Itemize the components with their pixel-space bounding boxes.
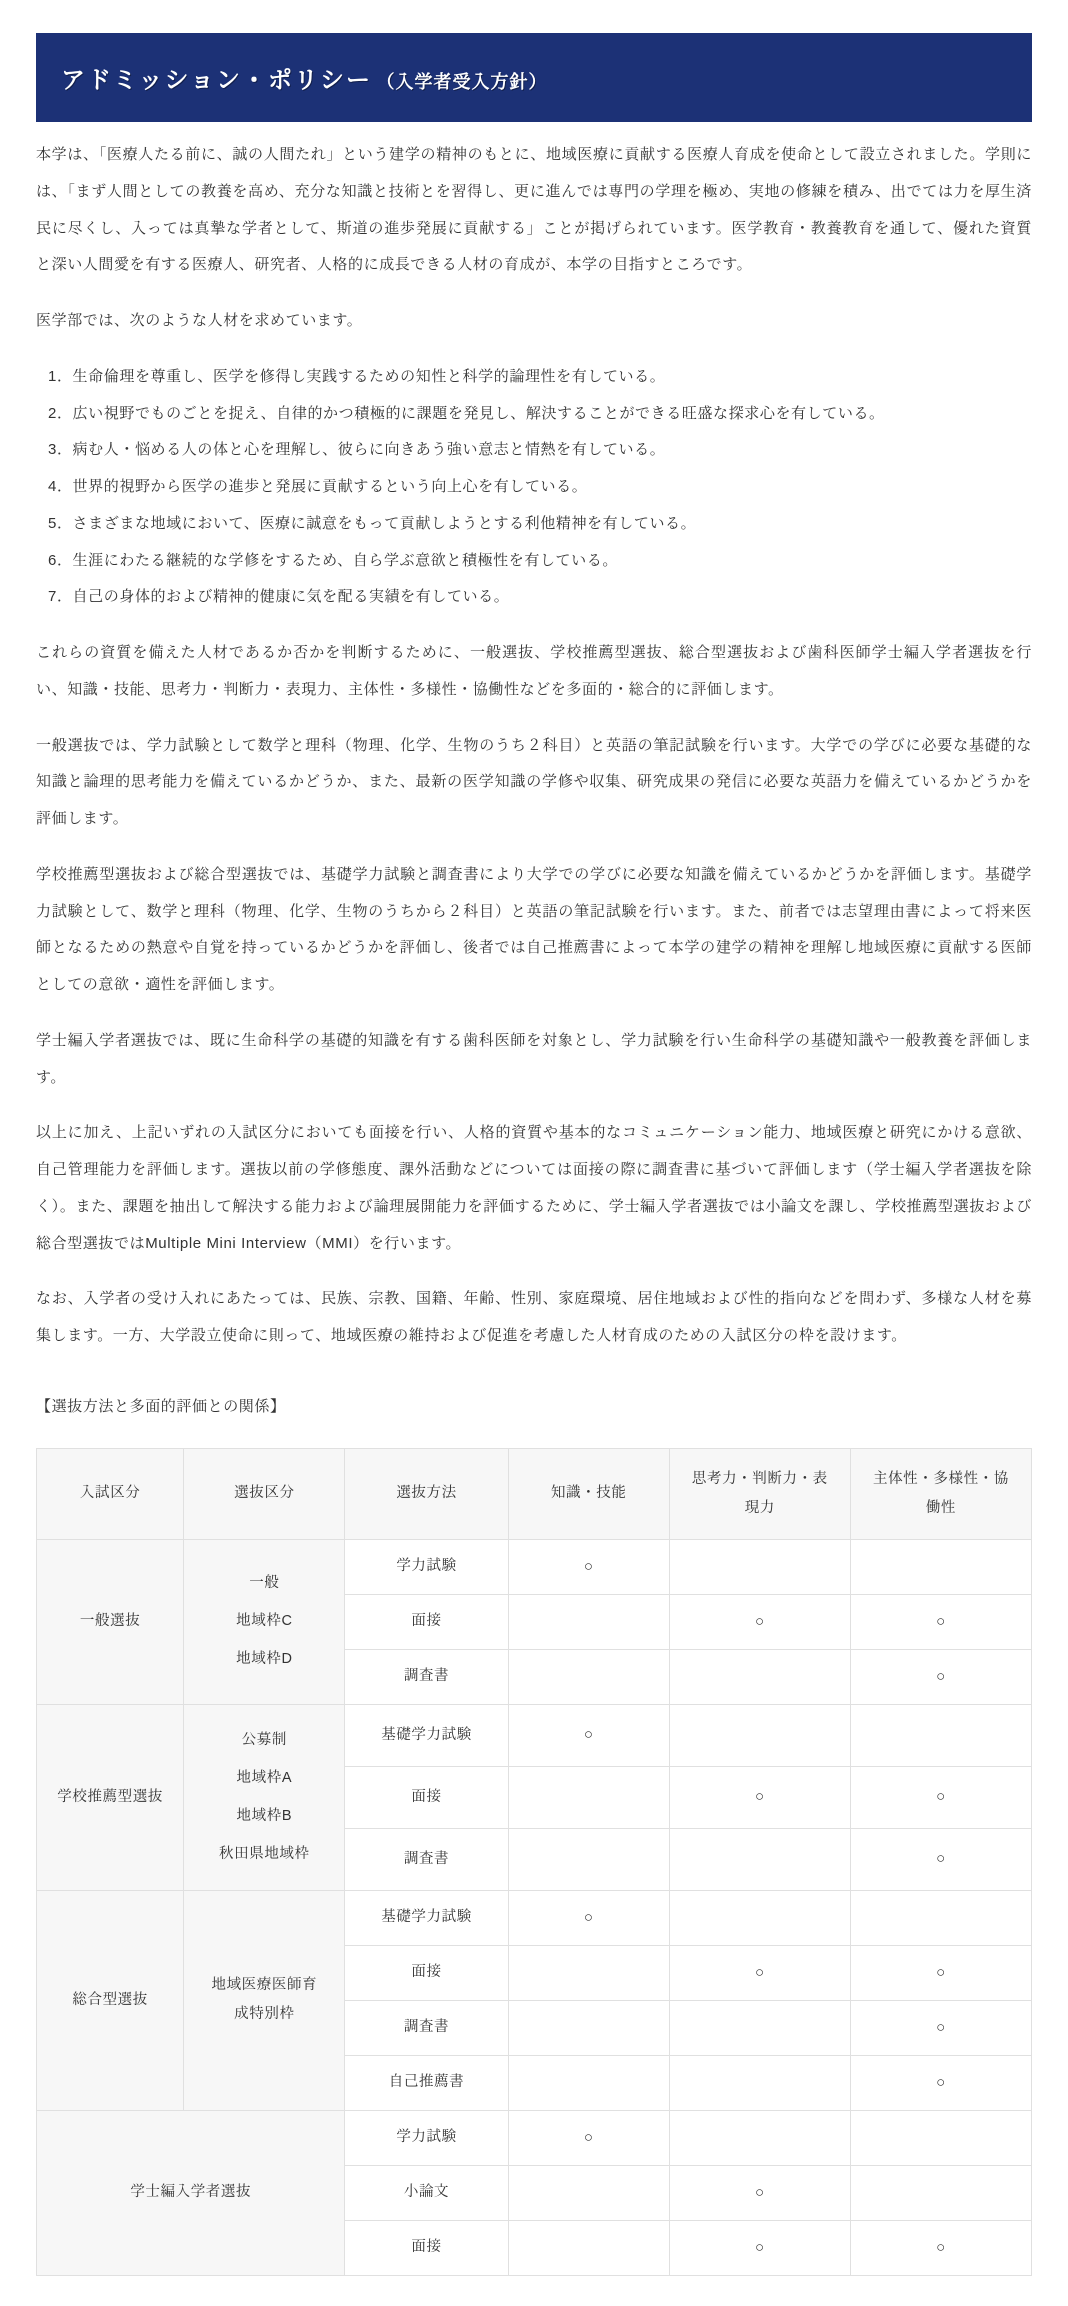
- list-item: 5．さまざまな地域において、医療に誠意をもって貢献しようとする利他精神を有してい…: [48, 506, 1032, 543]
- thinking-mark-cell: ○: [669, 1945, 850, 2000]
- policy-content: 本学は、「医療人たる前に、誠の人間たれ」という建学の精神のもとに、地域医療に貢献…: [36, 137, 1032, 2276]
- admission-policy-page: アドミッション・ポリシー （入学者受入方針） 本学は、「医療人たる前に、誠の人間…: [36, 0, 1032, 2306]
- paragraph-evaluation-overview: これらの資質を備えた人材であるか否かを判断するために、一般選抜、学校推薦型選抜、…: [36, 635, 1032, 709]
- paragraph-interview-evaluation: 以上に加え、上記いずれの入試区分においても面接を行い、人格的資質や基本的なコミュ…: [36, 1115, 1032, 1262]
- method-cell: 調査書: [345, 1649, 508, 1704]
- thinking-mark-cell: ○: [669, 1766, 850, 1828]
- knowledge-mark-cell: [508, 1828, 669, 1890]
- header-independence-diversity-cooperation: 主体性・多様性・協働性: [850, 1448, 1031, 1539]
- method-cell: 自己推薦書: [345, 2055, 508, 2110]
- selection-category-cell: 公募制 地域枠A 地域枠B 秋田県地域枠: [184, 1704, 345, 1890]
- division-line: 地域枠A: [204, 1764, 324, 1793]
- knowledge-mark-cell: [508, 2220, 669, 2275]
- header-exam-category: 入試区分: [37, 1448, 184, 1539]
- division-line: 公募制: [204, 1726, 324, 1755]
- exam-category-cell: 一般選抜: [37, 1539, 184, 1704]
- header-selection-category: 選抜区分: [184, 1448, 345, 1539]
- independence-mark-cell: [850, 1890, 1031, 1945]
- thinking-mark-cell: ○: [669, 2220, 850, 2275]
- header-thinking-judgment-expression: 思考力・判断力・表現力: [669, 1448, 850, 1539]
- independence-mark-cell: ○: [850, 1594, 1031, 1649]
- selection-category-cell: 一般 地域枠C 地域枠D: [184, 1539, 345, 1704]
- page-title-subtitle: （入学者受入方針）: [377, 72, 548, 92]
- method-cell: 面接: [345, 1594, 508, 1649]
- division-line: 一般: [204, 1569, 324, 1598]
- division-line: 地域枠D: [204, 1645, 324, 1674]
- thinking-mark-cell: ○: [669, 2165, 850, 2220]
- knowledge-mark-cell: ○: [508, 2110, 669, 2165]
- method-cell: 面接: [345, 2220, 508, 2275]
- division-line: 地域枠B: [204, 1802, 324, 1831]
- knowledge-mark-cell: ○: [508, 1890, 669, 1945]
- knowledge-mark-cell: [508, 1945, 669, 2000]
- method-cell: 小論文: [345, 2165, 508, 2220]
- division-line: 地域医療医師育成特別枠: [204, 1971, 324, 2029]
- thinking-mark-cell: [669, 2110, 850, 2165]
- list-item: 7．自己の身体的および精神的健康に気を配る実績を有している。: [48, 579, 1032, 616]
- paragraph-recommendation-selection: 学校推薦型選抜および総合型選抜では、基礎学力試験と調査書により大学での学びに必要…: [36, 857, 1032, 1004]
- list-item: 4．世界的視野から医学の進歩と発展に貢献するという向上心を有している。: [48, 469, 1032, 506]
- thinking-mark-cell: [669, 1890, 850, 1945]
- independence-mark-cell: ○: [850, 1766, 1031, 1828]
- method-cell: 基礎学力試験: [345, 1704, 508, 1766]
- table-row: 学士編入学者選抜 学力試験 ○: [37, 2110, 1032, 2165]
- division-line: 秋田県地域枠: [204, 1840, 324, 1869]
- knowledge-mark-cell: [508, 1766, 669, 1828]
- paragraph-diversity: なお、入学者の受け入れにあたっては、民族、宗教、国籍、年齢、性別、家庭環境、居住…: [36, 1281, 1032, 1355]
- list-item: 1．生命倫理を尊重し、医学を修得し実践するための知性と科学的論理性を有している。: [48, 359, 1032, 396]
- paragraph-transfer-selection: 学士編入学者選抜では、既に生命科学の基礎的知識を有する歯科医師を対象とし、学力試…: [36, 1023, 1032, 1097]
- exam-category-cell: 学校推薦型選抜: [37, 1704, 184, 1890]
- independence-mark-cell: ○: [850, 1828, 1031, 1890]
- table-row: 学校推薦型選抜 公募制 地域枠A 地域枠B 秋田県地域枠 基礎学力試験 ○: [37, 1704, 1032, 1766]
- thinking-mark-cell: [669, 2055, 850, 2110]
- independence-mark-cell: ○: [850, 2000, 1031, 2055]
- method-cell: 面接: [345, 1945, 508, 2000]
- table-row: 総合型選抜 地域医療医師育成特別枠 基礎学力試験 ○: [37, 1890, 1032, 1945]
- knowledge-mark-cell: [508, 2165, 669, 2220]
- table-row: 一般選抜 一般 地域枠C 地域枠D 学力試験 ○: [37, 1539, 1032, 1594]
- knowledge-mark-cell: [508, 2000, 669, 2055]
- method-cell: 調査書: [345, 1828, 508, 1890]
- thinking-mark-cell: [669, 1828, 850, 1890]
- header-selection-method: 選抜方法: [345, 1448, 508, 1539]
- thinking-mark-cell: [669, 1539, 850, 1594]
- selection-category-cell: 地域医療医師育成特別枠: [184, 1890, 345, 2110]
- thinking-mark-cell: [669, 2000, 850, 2055]
- method-cell: 学力試験: [345, 2110, 508, 2165]
- paragraph-founding-spirit: 本学は、「医療人たる前に、誠の人間たれ」という建学の精神のもとに、地域医療に貢献…: [36, 137, 1032, 284]
- independence-mark-cell: [850, 1704, 1031, 1766]
- header-knowledge-skill: 知識・技能: [508, 1448, 669, 1539]
- list-item: 3．病む人・悩める人の体と心を理解し、彼らに向きあう強い意志と情熱を有している。: [48, 432, 1032, 469]
- independence-mark-cell: [850, 2110, 1031, 2165]
- method-cell: 面接: [345, 1766, 508, 1828]
- knowledge-mark-cell: ○: [508, 1704, 669, 1766]
- method-cell: 調査書: [345, 2000, 508, 2055]
- independence-mark-cell: ○: [850, 1649, 1031, 1704]
- knowledge-mark-cell: ○: [508, 1539, 669, 1594]
- independence-mark-cell: [850, 2165, 1031, 2220]
- thinking-mark-cell: ○: [669, 1594, 850, 1649]
- paragraph-seeking-lead: 医学部では、次のような人材を求めています。: [36, 303, 1032, 340]
- knowledge-mark-cell: [508, 1649, 669, 1704]
- ideal-student-list: 1．生命倫理を尊重し、医学を修得し実践するための知性と科学的論理性を有している。…: [36, 359, 1032, 616]
- table-caption: 【選抜方法と多面的評価との関係】: [36, 1389, 1032, 1426]
- exam-category-cell: 学士編入学者選抜: [37, 2110, 345, 2275]
- list-item: 6．生涯にわたる継続的な学修をするため、自ら学ぶ意欲と積極性を有している。: [48, 543, 1032, 580]
- method-cell: 基礎学力試験: [345, 1890, 508, 1945]
- thinking-mark-cell: [669, 1649, 850, 1704]
- page-title-banner: アドミッション・ポリシー （入学者受入方針）: [36, 33, 1032, 122]
- thinking-mark-cell: [669, 1704, 850, 1766]
- exam-category-cell: 総合型選抜: [37, 1890, 184, 2110]
- list-item: 2．広い視野でものごとを捉え、自律的かつ積極的に課題を発見し、解決することができ…: [48, 396, 1032, 433]
- knowledge-mark-cell: [508, 2055, 669, 2110]
- paragraph-general-selection: 一般選抜では、学力試験として数学と理科（物理、化学、生物のうち２科目）と英語の筆…: [36, 728, 1032, 838]
- independence-mark-cell: ○: [850, 2220, 1031, 2275]
- method-cell: 学力試験: [345, 1539, 508, 1594]
- selection-evaluation-table: 入試区分 選抜区分 選抜方法 知識・技能 思考力・判断力・表現力 主体性・多様性…: [36, 1448, 1032, 2276]
- independence-mark-cell: ○: [850, 2055, 1031, 2110]
- division-line: 地域枠C: [204, 1607, 324, 1636]
- table-header-row: 入試区分 選抜区分 選抜方法 知識・技能 思考力・判断力・表現力 主体性・多様性…: [37, 1448, 1032, 1539]
- knowledge-mark-cell: [508, 1594, 669, 1649]
- independence-mark-cell: ○: [850, 1945, 1031, 2000]
- independence-mark-cell: [850, 1539, 1031, 1594]
- page-title: アドミッション・ポリシー: [61, 67, 372, 94]
